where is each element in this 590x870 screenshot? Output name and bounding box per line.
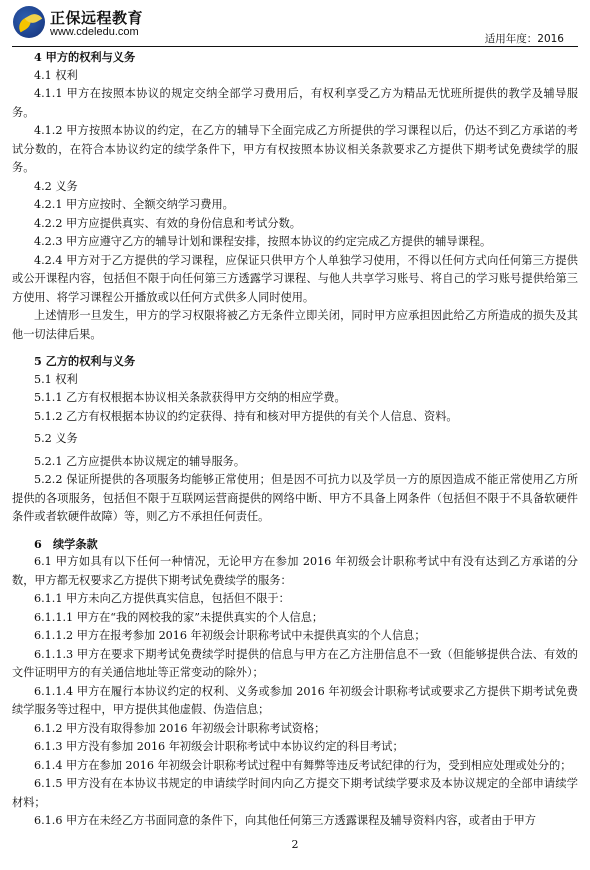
subsection-heading: 4.1 权利: [12, 67, 578, 86]
subsection-heading: 5.2 义务: [12, 430, 578, 449]
clause: 6.1.2 甲方没有取得参加 2016 年初级会计职称考试资格；: [12, 720, 578, 739]
section-heading: 5 乙方的权利与义务: [12, 352, 578, 371]
clause: 6.1.1.1 甲方在“我的网校我的家”未提供真实的个人信息；: [12, 609, 578, 628]
clause: 6.1.1.3 甲方在要求下期考试免费续学时提供的信息与甲方在乙方注册信息不一致…: [12, 646, 578, 683]
page-number: 2: [0, 838, 590, 851]
clause: 4.2.1 甲方应按时、全额交纳学习费用。: [12, 196, 578, 215]
clause: 4.2.3 甲方应遵守乙方的辅导计划和课程安排，按照本协议的约定完成乙方提供的辅…: [12, 233, 578, 252]
clause: 5.2.2 保证所提供的各项服务均能够正常使用；但是因不可抗力以及学员一方的原因…: [12, 471, 578, 527]
clause: 5.1.2 乙方有权根据本协议的约定获得、持有和核对甲方提供的有关个人信息、资料…: [12, 408, 578, 427]
clause: 4.2.4 甲方对于乙方提供的学习课程，应保证只供甲方个人单独学习使用，不得以任…: [12, 252, 578, 308]
clause: 5.1.1 乙方有权根据本协议相关条款获得甲方交纳的相应学费。: [12, 389, 578, 408]
applicable-year: 适用年度：2016: [485, 31, 564, 46]
clause: 4.1.1 甲方在按照本协议的规定交纳全部学习费用后，有权利享受乙方为精品无忧班…: [12, 85, 578, 122]
clause: 6.1.6 甲方在未经乙方书面同意的条件下，向其他任何第三方透露课程及辅导资料内…: [12, 812, 578, 831]
clause-note: 上述情形一旦发生，甲方的学习权限将被乙方无条件立即关闭，同时甲方应承担因此给乙方…: [12, 307, 578, 344]
clause: 6.1.5 甲方没有在本协议书规定的申请续学时间内向乙方提交下期考试续学要求及本…: [12, 775, 578, 812]
clause: 6.1.1 甲方未向乙方提供真实信息，包括但不限于：: [12, 590, 578, 609]
clause: 4.1.2 甲方按照本协议的约定，在乙方的辅导下全面完成乙方所提供的学习课程以后…: [12, 122, 578, 178]
clause: 5.2.1 乙方应提供本协议规定的辅导服务。: [12, 453, 578, 472]
clause: 6.1 甲方如具有以下任何一种情况，无论甲方在参加 2016 年初级会计职称考试…: [12, 553, 578, 590]
cdeledu-logo-icon: [13, 6, 45, 38]
clause: 6.1.3 甲方没有参加 2016 年初级会计职称考试中本协议约定的科目考试；: [12, 738, 578, 757]
clause: 6.1.1.2 甲方在报考参加 2016 年初级会计职称考试中未提供真实的个人信…: [12, 627, 578, 646]
brand-name: 正保远程教育: [50, 7, 143, 28]
page-header: 正保远程教育 www.cdeledu.com 适用年度：2016: [0, 0, 590, 47]
subsection-heading: 4.2 义务: [12, 178, 578, 197]
section-heading: 4 甲方的权利与义务: [12, 48, 578, 67]
clause: 6.1.1.4 甲方在履行本协议约定的权利、义务或参加 2016 年初级会计职称…: [12, 683, 578, 720]
clause: 4.2.2 甲方应提供真实、有效的身份信息和考试分数。: [12, 215, 578, 234]
subsection-heading: 5.1 权利: [12, 371, 578, 390]
brand-url: www.cdeledu.com: [50, 26, 139, 38]
clause: 6.1.4 甲方在参加 2016 年初级会计职称考试过程中有舞弊等违反考试纪律的…: [12, 757, 578, 776]
header-divider: [12, 46, 578, 47]
document-body: 4 甲方的权利与义务 4.1 权利 4.1.1 甲方在按照本协议的规定交纳全部学…: [12, 48, 578, 831]
section-heading: 6 续学条款: [12, 535, 578, 554]
